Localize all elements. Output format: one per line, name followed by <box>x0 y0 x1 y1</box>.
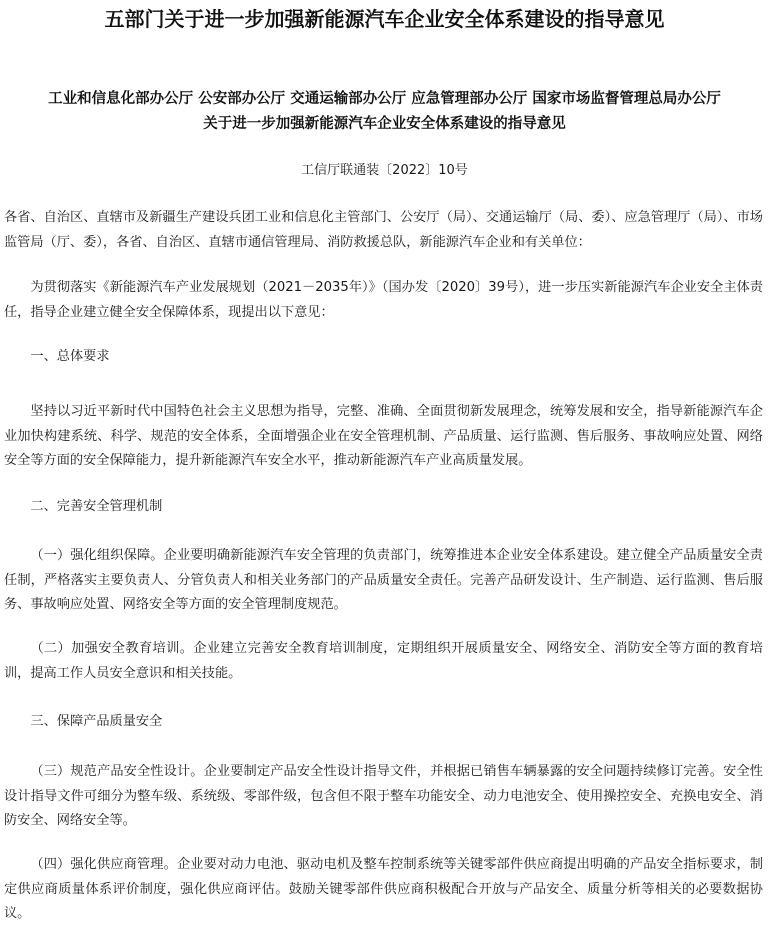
intro-paragraph: 为贯彻落实《新能源汽车产业发展规划（2021－2035年）》（国办发〔2020〕… <box>4 276 763 325</box>
section-2-paragraph-2: （二）加强安全教育培训。企业建立完善安全教育培训制度，定期组织开展质量安全、网络… <box>4 637 763 686</box>
document-subtitle: 关于进一步加强新能源汽车企业安全体系建设的指导意见 <box>0 112 769 136</box>
document-number: 工信厅联通装〔2022〕10号 <box>0 160 769 182</box>
section-heading-2: 二、完善安全管理机制 <box>4 495 763 520</box>
issuing-departments: 工业和信息化部办公厅 公安部办公厅 交通运输部办公厅 应急管理部办公厅 国家市场… <box>0 87 769 111</box>
section-1-paragraph-1: 坚持以习近平新时代中国特色社会主义思想为指导，完整、准确、全面贯彻新发展理念，统… <box>4 400 763 474</box>
section-3-paragraph-1: （三）规范产品安全性设计。企业要制定产品安全性设计指导文件，并根据已销售车辆暴露… <box>4 760 763 834</box>
section-2-paragraph-1: （一）强化组织保障。企业要明确新能源汽车安全管理的负责部门，统筹推进本企业安全体… <box>4 544 763 618</box>
page-title: 五部门关于进一步加强新能源汽车企业安全体系建设的指导意见 <box>0 4 769 34</box>
section-heading-1: 一、总体要求 <box>4 345 763 370</box>
document-page: 五部门关于进一步加强新能源汽车企业安全体系建设的指导意见 工业和信息化部办公厅 … <box>0 0 769 928</box>
section-3-paragraph-2: （四）强化供应商管理。企业要对动力电池、驱动电机及整车控制系统等关键零部件供应商… <box>4 853 763 927</box>
addressees-paragraph: 各省、自治区、直辖市及新疆生产建设兵团工业和信息化主管部门、公安厅（局）、交通运… <box>4 206 763 255</box>
section-heading-3: 三、保障产品质量安全 <box>4 710 763 735</box>
